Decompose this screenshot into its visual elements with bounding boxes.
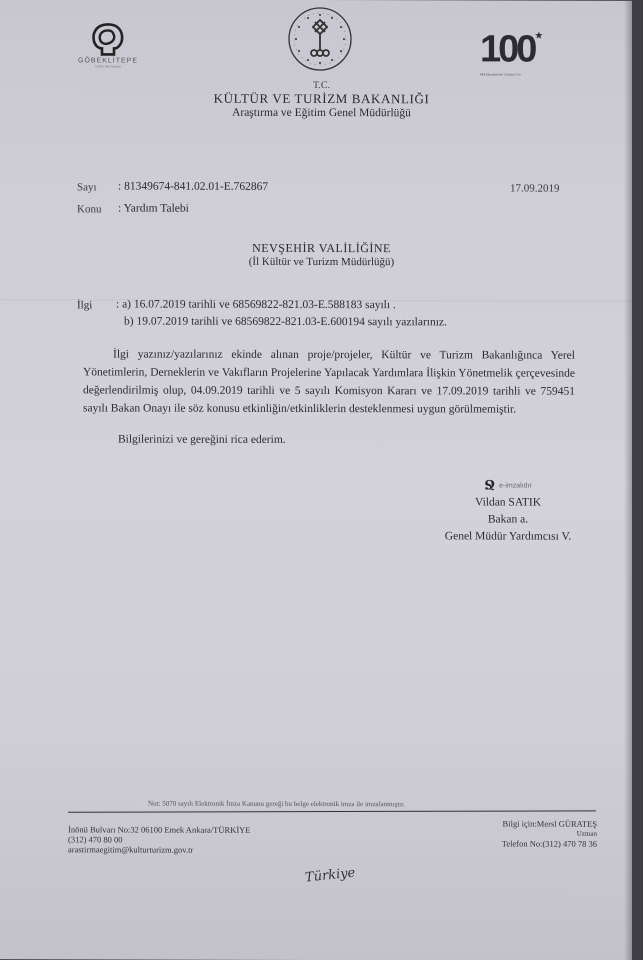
ministry-name: KÜLTÜR VE TURİZM BAKANLIĞI <box>0 90 643 108</box>
closing-line: Bilgilerinizi ve gereğini rica ederim. <box>118 433 286 445</box>
ilgi-item-a: : a) 16.07.2019 tarihli ve 68569822-821.… <box>116 298 396 311</box>
signer-on-behalf: Bakan a. <box>418 511 598 528</box>
contact-title: Uzman <box>475 828 597 838</box>
signer-title: Genel Müdür Yardımcısı V. <box>418 528 598 545</box>
recipient-sub: (İl Kültür ve Turizm Müdürlüğü) <box>0 255 643 269</box>
e-signature-badge: Ջe-imzalıdır <box>418 476 598 494</box>
ilgi-item-b: b) 19.07.2019 tarihli ve 68569822-821.03… <box>124 315 447 328</box>
recipient-name: NEVŞEHİR VALİLİĞİNE <box>0 240 643 257</box>
footer-address: İnönü Bulvarı No:32 06100 Emek Ankara/TÜ… <box>68 824 250 834</box>
konu-value: : Yardım Talebi <box>118 202 189 214</box>
body-paragraph: İlgi yazınız/yazılarınız ekinde alınan p… <box>83 345 575 418</box>
letterhead: T.C. KÜLTÜR VE TURİZM BAKANLIĞI Araştırm… <box>0 79 643 120</box>
gobeklitepe-logo-icon <box>88 21 128 57</box>
signature-block: Ջe-imzalıdır Vildan SATIK Bakan a. Genel… <box>418 476 598 545</box>
konu-label: Konu <box>77 203 101 215</box>
centennial-logo-icon: 100 <box>480 28 534 70</box>
contact-person: Bilgi için:Mersl GÜRATEŞ <box>475 818 597 828</box>
turkiye-brand-logo: Türkiye <box>304 866 356 886</box>
gobeklitepe-logo: GÖBEKLİTEPE Tarihin Sıfır Noktası <box>78 21 138 68</box>
footer-divider <box>68 810 596 812</box>
document-date: 17.09.2019 <box>510 183 560 195</box>
ilgi-label: İlgi <box>77 299 92 311</box>
footer-address-block: İnönü Bulvarı No:32 06100 Emek Ankara/TÜ… <box>68 824 250 854</box>
contact-phone: Telefon No:(312) 470 78 36 <box>475 838 597 848</box>
sayi-value: : 81349674-841.02.01-E.762867 <box>118 180 268 192</box>
footer-email[interactable]: arastirmaegitim@kulturturizm.gov.tr <box>68 844 250 854</box>
ministry-seal-icon <box>287 6 353 72</box>
recipient: NEVŞEHİR VALİLİĞİNE (İl Kültür ve Turizm… <box>0 240 643 269</box>
signer-name: Vildan SATIK <box>418 494 598 511</box>
document-page: GÖBEKLİTEPE Tarihin Sıfır Noktası 100★ M… <box>0 0 632 960</box>
sayi-label: Sayı <box>77 181 97 193</box>
centennial-logo: 100★ Milli Mücadelenin Yüzüncü Yılı <box>480 30 570 76</box>
footer-contact-block: Bilgi için:Mersl GÜRATEŞ Uzman Telefon N… <box>475 818 597 848</box>
ministry-seal <box>287 6 353 77</box>
e-signature-icon: Ջ <box>484 477 495 492</box>
department-name: Araştırma ve Eğitim Genel Müdürlüğü <box>0 106 643 120</box>
star-icon: ★ <box>534 31 543 42</box>
e-signature-note: Not: 5070 sayılı Elektronik İmza Kanunu … <box>148 800 405 809</box>
footer-phone: (312) 470 80 00 <box>68 834 250 844</box>
